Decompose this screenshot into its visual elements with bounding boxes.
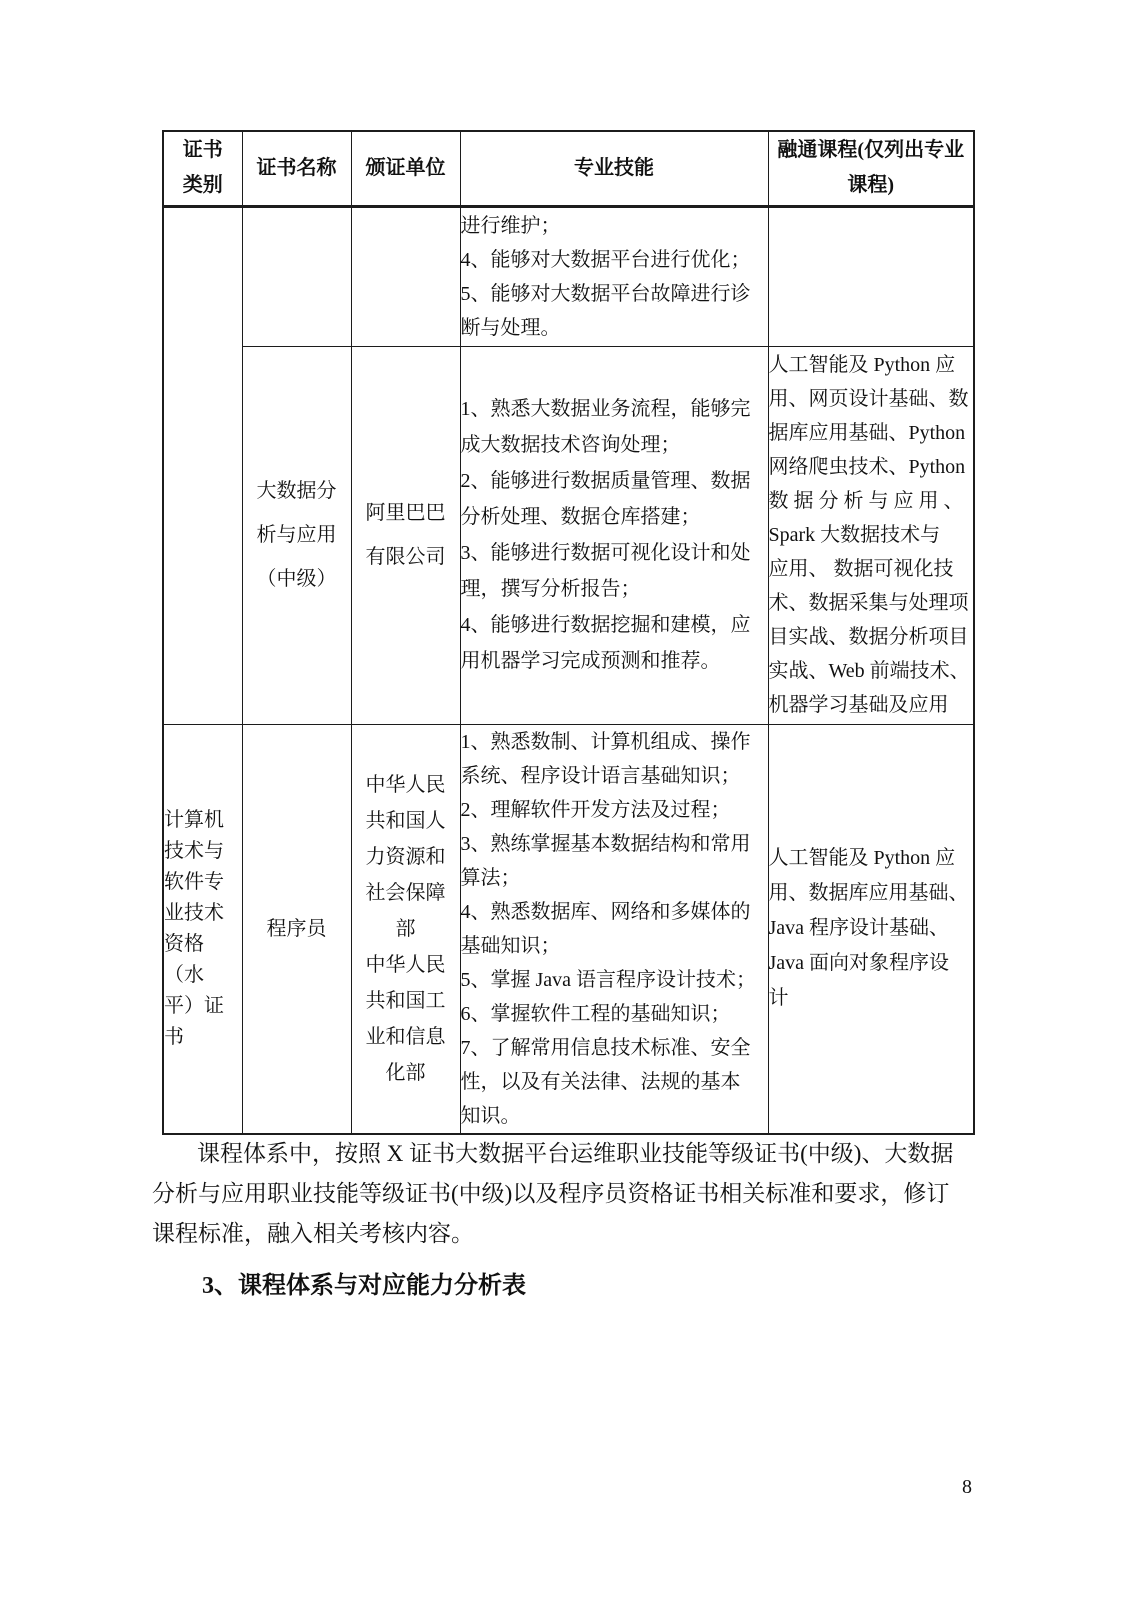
cell-row3-cert-name: 程序员: [242, 724, 351, 1134]
page-number: 8: [952, 1476, 982, 1499]
header-courses: 融通课程(仅列出专业课程): [768, 131, 974, 206]
table-header-row: 证书类别 证书名称 颁证单位 专业技能 融通课程(仅列出专业课程): [163, 131, 974, 206]
body-paragraph: 课程体系中，按照 X 证书大数据平台运维职业技能等级证书(中级)、大数据分析与应…: [152, 1134, 980, 1254]
cell-row1-skills: 进行维护；4、能够对大数据平台进行优化；5、能够对大数据平台故障进行诊断与处理。: [460, 206, 768, 346]
cell-row2-courses: 人工智能及 Python 应用、网页设计基础、数据库应用基础、Python网络爬…: [768, 346, 974, 724]
table-row: 计算机技术与软件专业技术资格（水平）证书 程序员 中华人民共和国人力资源和社会保…: [163, 724, 974, 1134]
cell-row1-issuer-empty: [351, 206, 460, 346]
cell-row2-issuer: 阿里巴巴有限公司: [351, 346, 460, 724]
cell-row1-courses-empty: [768, 206, 974, 346]
cell-row3-issuer: 中华人民共和国人力资源和社会保障部中华人民共和国工业和信息化部: [351, 724, 460, 1134]
header-skills: 专业技能: [460, 131, 768, 206]
cell-row1-name-empty: [242, 206, 351, 346]
cell-category-merged-empty: [163, 206, 242, 724]
document-page: 证书类别 证书名称 颁证单位 专业技能 融通课程(仅列出专业课程) 进行维护；4…: [0, 0, 1131, 1600]
certificate-table: 证书类别 证书名称 颁证单位 专业技能 融通课程(仅列出专业课程) 进行维护；4…: [162, 130, 975, 1135]
header-cert-category: 证书类别: [163, 131, 242, 206]
cell-row2-skills: 1、熟悉大数据业务流程，能够完成大数据技术咨询处理；2、能够进行数据质量管理、数…: [460, 346, 768, 724]
section-heading: 3、课程体系与对应能力分析表: [202, 1269, 526, 1303]
table-row: 大数据分析与应用（中级） 阿里巴巴有限公司 1、熟悉大数据业务流程，能够完成大数…: [163, 346, 974, 724]
cell-row2-cert-name: 大数据分析与应用（中级）: [242, 346, 351, 724]
cell-row3-cert-category: 计算机技术与软件专业技术资格（水平）证书: [163, 724, 242, 1134]
cell-row3-skills: 1、熟悉数制、计算机组成、操作系统、程序设计语言基础知识；2、理解软件开发方法及…: [460, 724, 768, 1134]
table-row: 进行维护；4、能够对大数据平台进行优化；5、能够对大数据平台故障进行诊断与处理。: [163, 206, 974, 346]
header-issuer: 颁证单位: [351, 131, 460, 206]
header-cert-name: 证书名称: [242, 131, 351, 206]
cell-row3-courses: 人工智能及 Python 应用、数据库应用基础、Java 程序设计基础、Java…: [768, 724, 974, 1134]
